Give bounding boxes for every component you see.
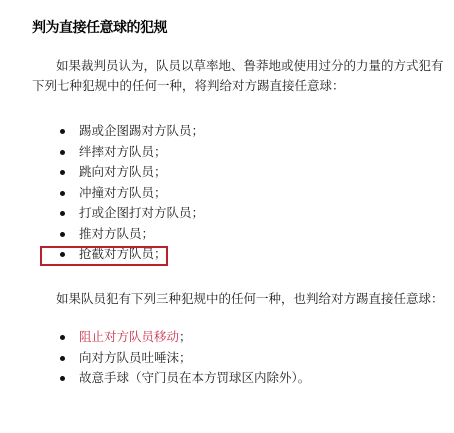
bullet-icon (60, 150, 65, 155)
second-paragraph: 如果队员犯有下列三种犯规中的任何一种，也判给对方踢直接任意球： (56, 289, 444, 309)
document-page: 判为直接任意球的犯规 如果裁判员认为，队员以草率地、鲁莽地或使用过分的力量的方式… (0, 0, 454, 433)
bullet-icon (60, 232, 65, 237)
bullet-icon (60, 211, 65, 216)
bullet-icon (60, 335, 65, 340)
bullet-icon (60, 191, 65, 196)
red-highlight-box (40, 246, 168, 266)
intro-line-2: 下列七种犯规中的任何一种，将判给对方踢直接任意球： (32, 76, 444, 96)
intro-paragraph: 如果裁判员认为，队员以草率地、鲁莽地或使用过分的力量的方式犯有 下列七种犯规中的… (32, 56, 444, 96)
intro-line-1: 如果裁判员认为，队员以草率地、鲁莽地或使用过分的力量的方式犯有 (32, 56, 444, 76)
bullet-icon (60, 376, 65, 381)
bullet-icon (60, 129, 65, 134)
bullet-icon (60, 356, 65, 361)
section-title: 判为直接任意球的犯规 (32, 17, 167, 37)
red-emphasis-text: 阻止对方队员移动 (79, 329, 179, 344)
bullet-icon (60, 170, 65, 175)
